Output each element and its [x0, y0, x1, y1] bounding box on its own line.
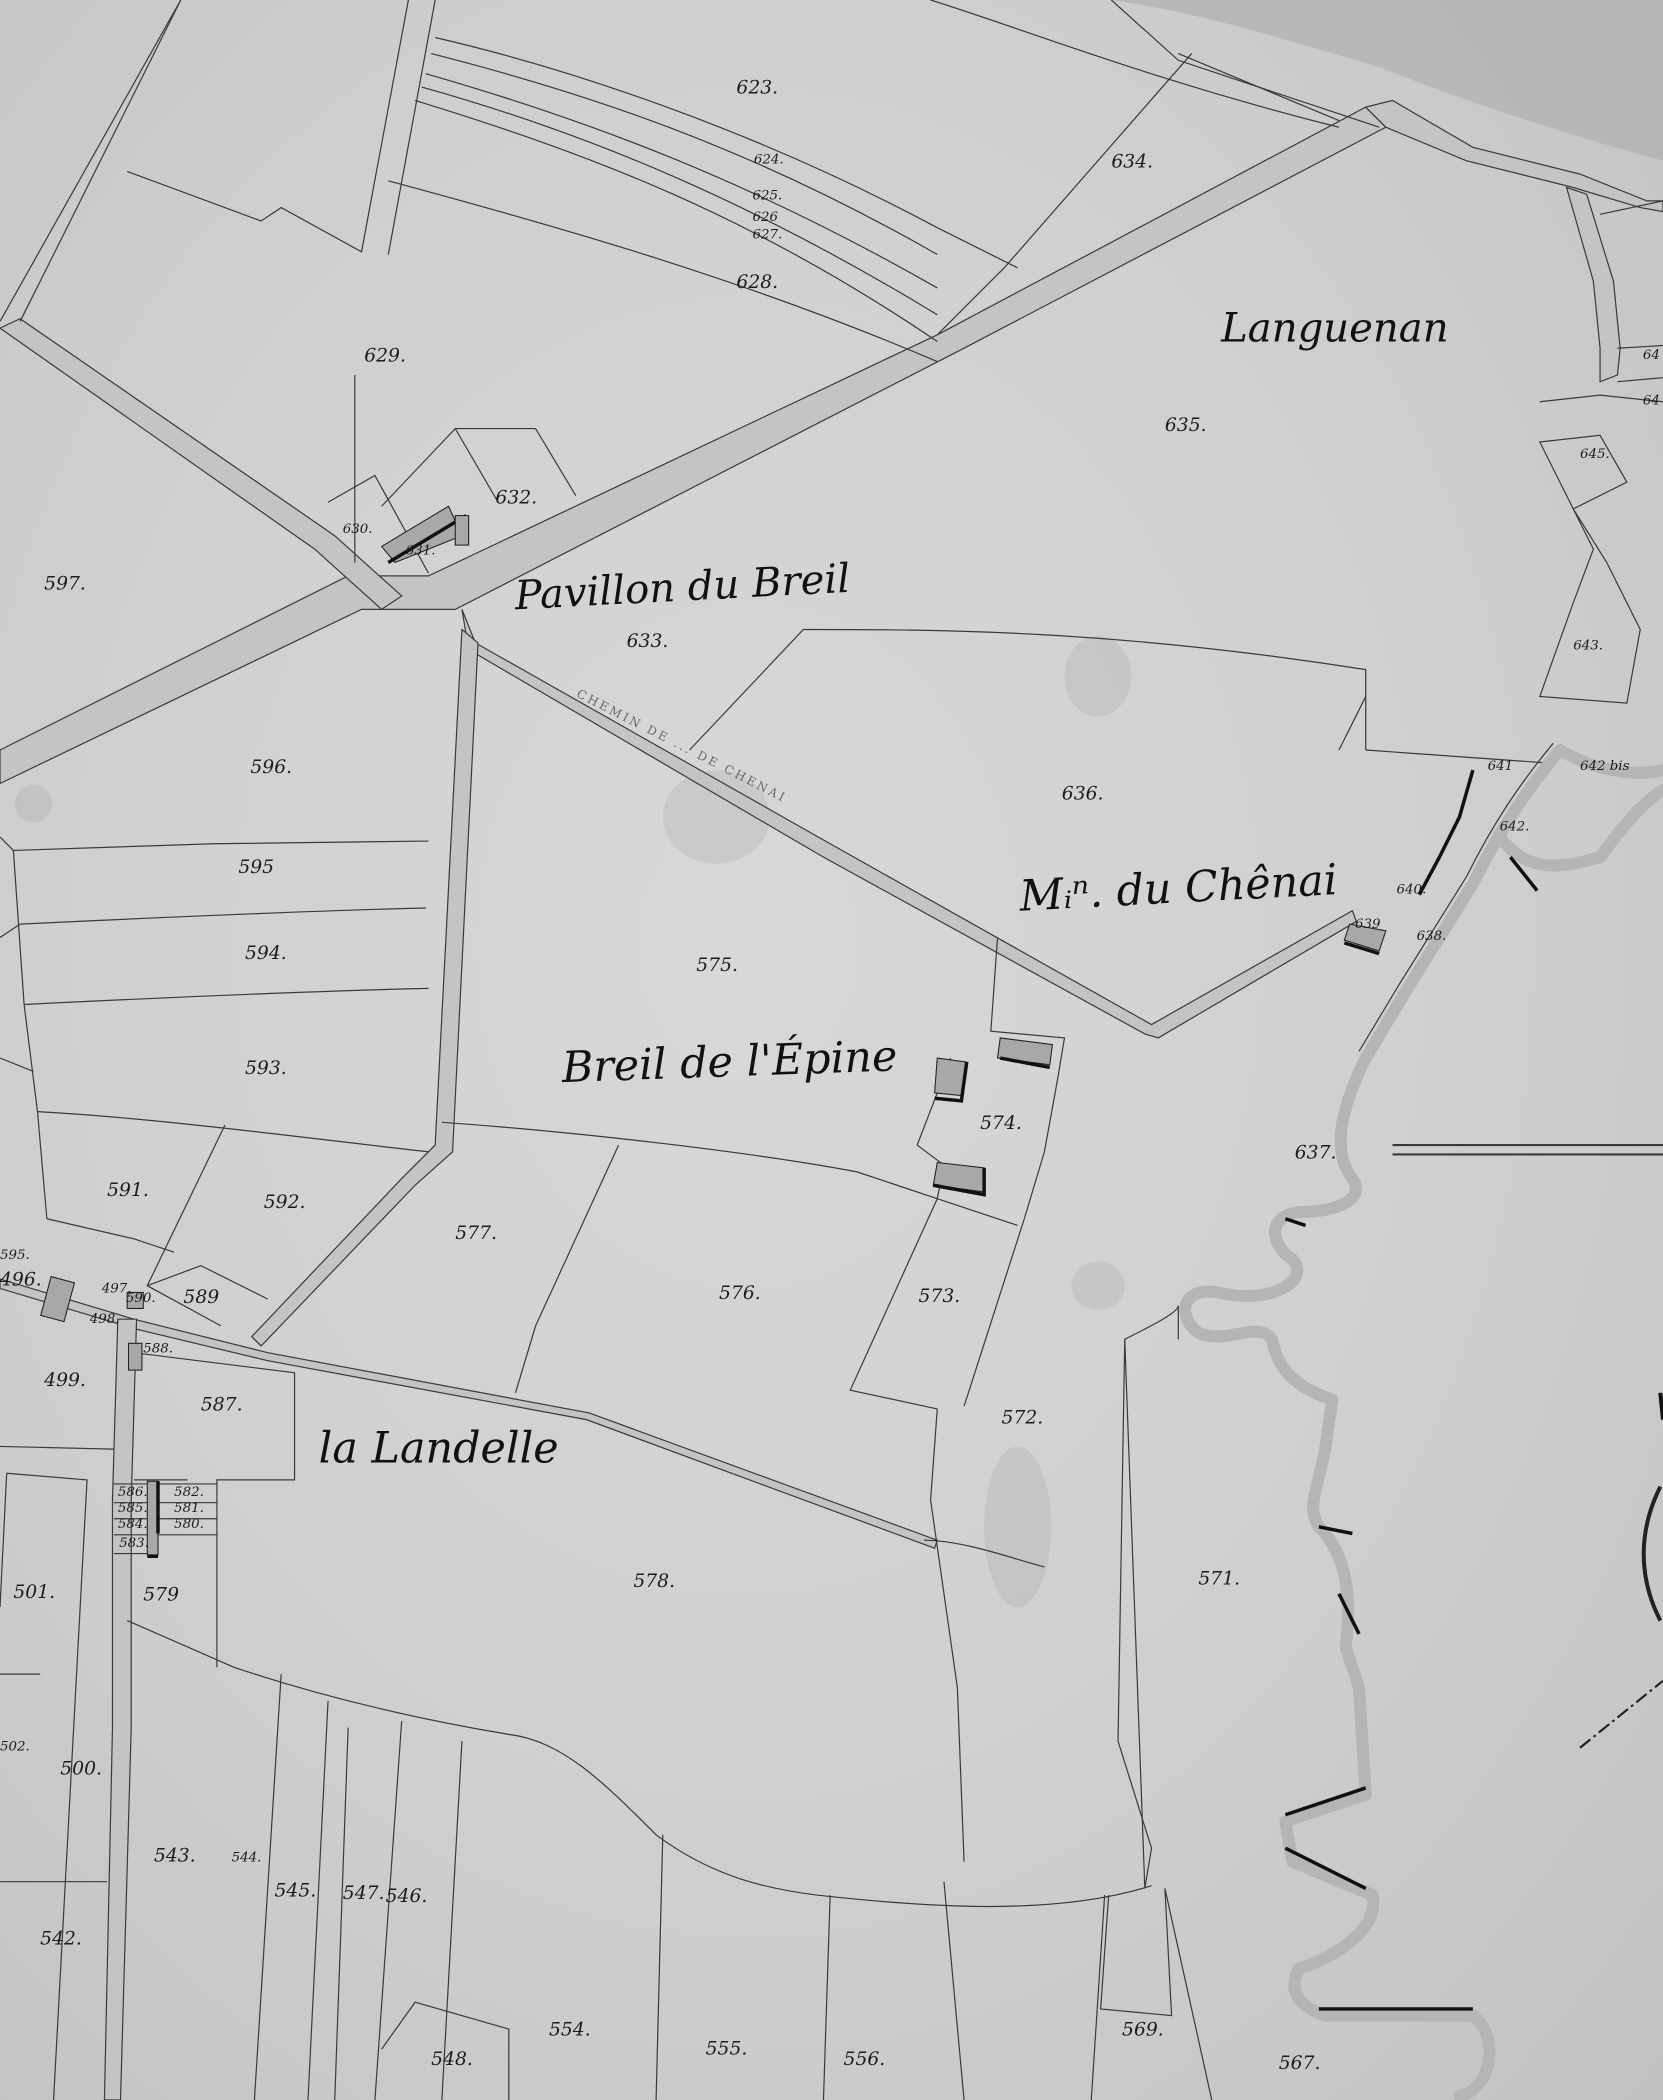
- parcel-number: 586.: [118, 1485, 148, 1500]
- parcel-number: 573.: [919, 1286, 961, 1307]
- parcel-number: 542.: [40, 1929, 82, 1950]
- parcel-number: 627.: [753, 227, 783, 242]
- parcel-number: 642.: [1500, 819, 1530, 834]
- parcel-number: 497.: [101, 1281, 132, 1296]
- parcel-number: 569.: [1122, 2020, 1164, 2041]
- parcel-number: 597.: [44, 573, 86, 594]
- parcel-number: 581.: [174, 1501, 204, 1516]
- parcel-number: 629.: [364, 346, 406, 367]
- parcel-number: 500.: [60, 1759, 102, 1780]
- parcel-number: 501.: [13, 1582, 55, 1603]
- parcel-number: 543.: [154, 1846, 196, 1867]
- parcel-number: 594.: [245, 943, 287, 964]
- parcel-number: 639: [1355, 917, 1381, 932]
- parcel-number: 589: [183, 1287, 219, 1308]
- paper-stains: [15, 636, 1132, 1607]
- parcel-number: 555.: [706, 2038, 748, 2059]
- parcel-number: 626: [753, 210, 779, 225]
- parcel-number: 632.: [495, 488, 537, 509]
- parcel-number: 576.: [719, 1283, 761, 1304]
- place-name-languenan: Languenan: [1220, 306, 1448, 352]
- parcel-number: 641: [1488, 759, 1514, 774]
- parcel-number: 548.: [431, 2049, 473, 2070]
- parcel-number: 595: [238, 857, 274, 878]
- parcel-number: 588.: [143, 1342, 173, 1357]
- parcel-number: 577.: [455, 1223, 497, 1244]
- parcel-number: 502.: [0, 1739, 30, 1754]
- canal-lines: [1393, 1145, 1663, 1154]
- parcel-number: 645.: [1580, 447, 1610, 462]
- road-chemin-du-chenai: [462, 609, 1356, 1038]
- parcel-number: 634.: [1111, 151, 1153, 172]
- river: [1185, 743, 1663, 2096]
- parcel-number: 623.: [736, 78, 778, 99]
- cadastral-map: CHEMIN DE ... DE CHENAI 623.624.625.6266…: [0, 0, 1663, 2100]
- parcel-number: 498.: [89, 1312, 120, 1327]
- parcel-number: 556.: [844, 2049, 886, 2070]
- parcel-number: 64: [1643, 348, 1660, 363]
- parcel-number: 636.: [1062, 784, 1104, 805]
- parcel-number: 638.: [1417, 929, 1447, 944]
- parcel-number: 64: [1643, 393, 1660, 408]
- parcel-number: 631.: [406, 543, 436, 558]
- parcel-number: 547.: [343, 1883, 385, 1904]
- parcel-number: 499.: [43, 1370, 86, 1391]
- parcel-number: 642 bis: [1580, 759, 1630, 774]
- parcel-number: 633.: [627, 631, 669, 652]
- parcel-number: 545.: [274, 1880, 316, 1901]
- parcel-number: 496.: [0, 1270, 42, 1291]
- parcel-number: 579: [143, 1584, 179, 1605]
- parcel-number: 624.: [754, 152, 784, 167]
- parcel-number: 546.: [386, 1886, 428, 1907]
- parcel-number: 628.: [736, 272, 778, 293]
- parcel-number: 580.: [174, 1517, 204, 1532]
- parcel-number: 637.: [1295, 1142, 1337, 1163]
- place-name-moulin-du-chenai: Mᵢⁿ. du Chênai: [1017, 855, 1338, 922]
- map-canvas[interactable]: CHEMIN DE ... DE CHENAI 623.624.625.6266…: [0, 0, 1663, 2100]
- parcel-number: 640.: [1397, 882, 1427, 897]
- parcel-number: 591.: [107, 1180, 149, 1201]
- parcel-number: 544.: [232, 1851, 262, 1866]
- parcel-number: 587.: [201, 1394, 243, 1415]
- parcel-number: 592.: [264, 1192, 306, 1213]
- parcel-number: 596.: [250, 757, 292, 778]
- road-main-diagonal: [0, 107, 1386, 783]
- place-name-la-landelle: la Landelle: [319, 1423, 559, 1473]
- place-name-pavillon-du-breil: Pavillon du Breil: [513, 556, 852, 620]
- road-east-644: [1567, 188, 1621, 382]
- road-west-575: [252, 629, 478, 1346]
- parcel-number: 554.: [549, 2020, 591, 2041]
- margin-fragments: [1580, 1393, 1663, 1748]
- parcel-number: 595.: [0, 1248, 30, 1263]
- parcel-number: 575.: [696, 955, 738, 976]
- parcel-number: 578.: [633, 1571, 675, 1592]
- parcel-number: 643.: [1573, 639, 1603, 654]
- parcel-number: 585.: [118, 1501, 148, 1516]
- parcel-number: 567.: [1279, 2053, 1321, 2074]
- parcel-number: 593.: [245, 1058, 287, 1079]
- parcel-number: 625.: [753, 189, 783, 204]
- parcel-number: 574.: [980, 1113, 1022, 1134]
- parcel-number: 584.: [118, 1517, 148, 1532]
- parcel-number: 572.: [1002, 1408, 1044, 1429]
- parcel-number: 582.: [174, 1485, 204, 1500]
- paper-shadow-band: [1111, 0, 1663, 161]
- parcel-number: 635.: [1165, 415, 1207, 436]
- road-vertical-west: [104, 1319, 136, 2100]
- parcel-number: 583.: [119, 1536, 149, 1551]
- parcel-number: 571.: [1198, 1568, 1240, 1589]
- place-name-breil-de-lepine: Breil de l'Épine: [560, 1030, 898, 1093]
- parcel-number: 630.: [343, 522, 373, 537]
- road-northwest: [0, 319, 402, 610]
